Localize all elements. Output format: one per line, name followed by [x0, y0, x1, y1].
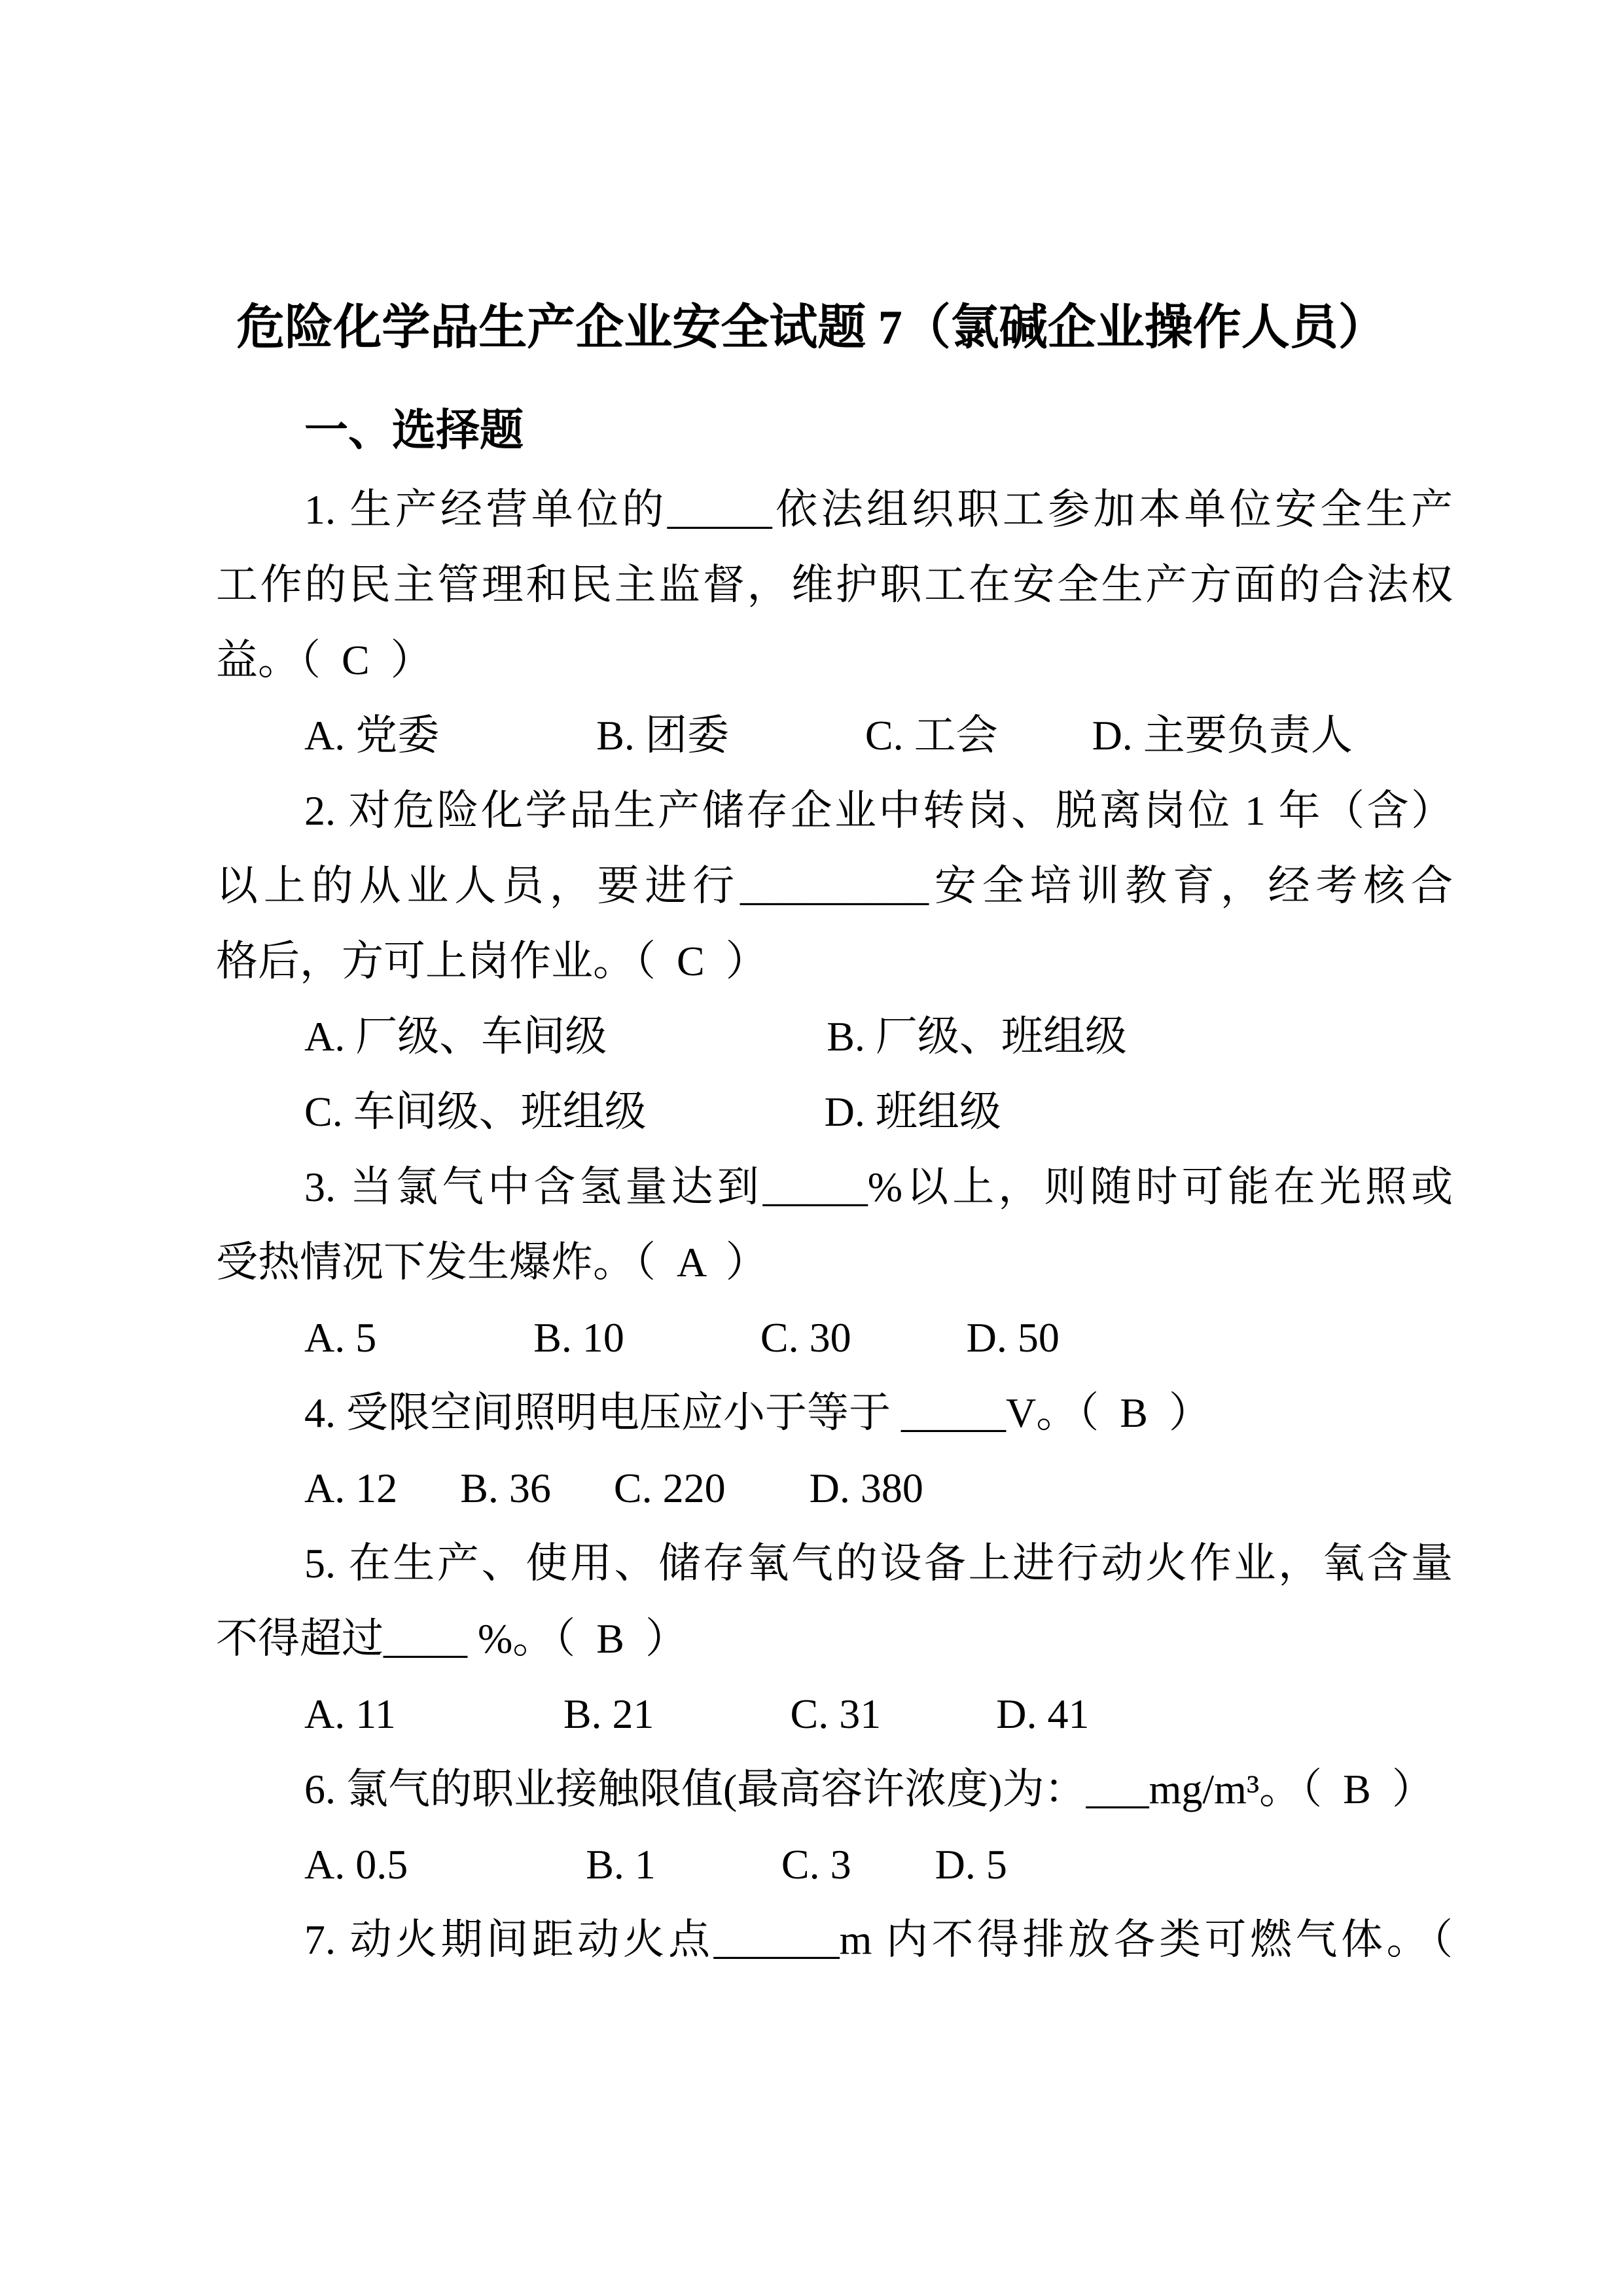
question-block: 4. 受限空间照明电压应小于等于 _____V。（ B ）A. 12 B. 36… — [216, 1375, 1453, 1526]
question-text-line: 5. 在生产、使用、储存氧气的设备上进行动火作业，氧含量 — [216, 1526, 1453, 1601]
question-block: 1. 生产经营单位的_____依法组织职工参加本单位安全生产工作的民主管理和民主… — [216, 472, 1453, 773]
options-line: A. 5 B. 10 C. 30 D. 50 — [216, 1300, 1453, 1375]
question-block: 2. 对危险化学品生产储存企业中转岗、脱离岗位 1 年（含）以上的从业人员，要进… — [216, 773, 1453, 1149]
question-text-line: 受热情况下发生爆炸。（ A ） — [216, 1225, 1453, 1300]
options-line: A. 11 B. 21 C. 31 D. 41 — [216, 1676, 1453, 1751]
question-block: 5. 在生产、使用、储存氧气的设备上进行动火作业，氧含量不得超过____ %。（… — [216, 1526, 1453, 1751]
question-text-line: 2. 对危险化学品生产储存企业中转岗、脱离岗位 1 年（含） — [216, 773, 1453, 848]
page: 危险化学品生产企业安全试题 7（氯碱企业操作人员） 一、选择题 1. 生产经营单… — [0, 0, 1623, 2296]
options-line: A. 12 B. 36 C. 220 D. 380 — [216, 1450, 1453, 1526]
options-line: A. 厂级、车间级 B. 厂级、班组级 — [216, 999, 1453, 1074]
question-text-line: 7. 动火期间距动火点______m 内不得排放各类可燃气体。（ — [216, 1902, 1453, 1977]
options-line: A. 0.5 B. 1 C. 3 D. 5 — [216, 1827, 1453, 1902]
page-title: 危险化学品生产企业安全试题 7（氯碱企业操作人员） — [0, 302, 1623, 353]
options-line: A. 党委 B. 团委 C. 工会 D. 主要负责人 — [216, 698, 1453, 773]
section-heading: 一、选择题 — [216, 408, 1623, 452]
question-text-line: 以上的从业人员，要进行_________安全培训教育，经考核合 — [216, 848, 1453, 924]
question-block: 3. 当氯气中含氢量达到_____%以上，则随时可能在光照或受热情况下发生爆炸。… — [216, 1149, 1453, 1375]
question-list: 1. 生产经营单位的_____依法组织职工参加本单位安全生产工作的民主管理和民主… — [216, 472, 1453, 1977]
question-text-line: 益。（ C ） — [216, 622, 1453, 698]
question-text-line: 4. 受限空间照明电压应小于等于 _____V。（ B ） — [216, 1375, 1453, 1450]
options-line: C. 车间级、班组级 D. 班组级 — [216, 1074, 1453, 1149]
question-text-line: 1. 生产经营单位的_____依法组织职工参加本单位安全生产 — [216, 472, 1453, 547]
question-text-line: 工作的民主管理和民主监督，维护职工在安全生产方面的合法权 — [216, 547, 1453, 622]
question-text-line: 格后，方可上岗作业。（ C ） — [216, 924, 1453, 999]
question-text-line: 3. 当氯气中含氢量达到_____%以上，则随时可能在光照或 — [216, 1149, 1453, 1225]
question-text-line: 6. 氯气的职业接触限值(最高容许浓度)为：___mg/m³。（ B ） — [216, 1751, 1453, 1827]
question-block: 7. 动火期间距动火点______m 内不得排放各类可燃气体。（ — [216, 1902, 1453, 1977]
question-text-line: 不得超过____ %。（ B ） — [216, 1601, 1453, 1676]
question-block: 6. 氯气的职业接触限值(最高容许浓度)为：___mg/m³。（ B ）A. 0… — [216, 1751, 1453, 1902]
